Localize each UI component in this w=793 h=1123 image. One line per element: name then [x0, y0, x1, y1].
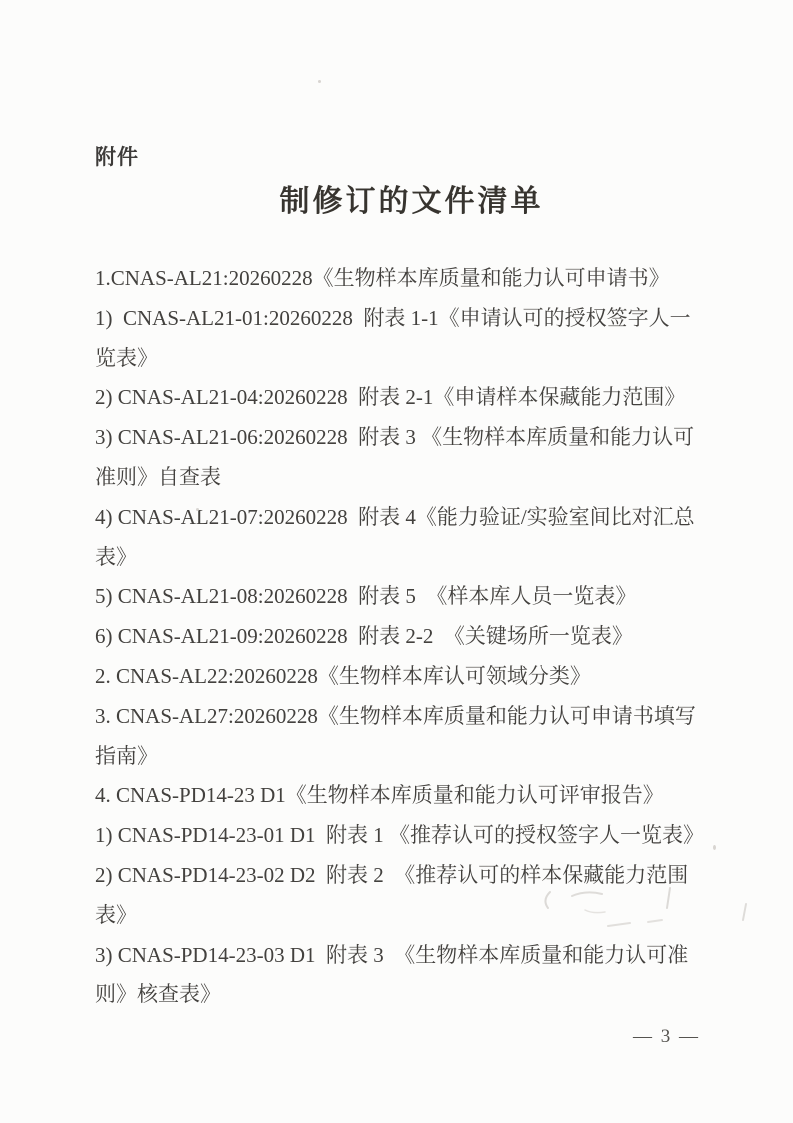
document-list-line: 1) CNAS-PD14-23-01 D1 附表 1 《推荐认可的授权签字人一览…	[95, 816, 720, 856]
scan-speck	[196, 508, 199, 511]
document-list-line: 览表》	[95, 339, 720, 379]
document-list-line: 6) CNAS-AL21-09:20260228 附表 2-2 《关键场所一览表…	[95, 617, 720, 657]
scanned-document-page: 附件 制修订的文件清单 1.CNAS-AL21:20260228《生物样本库质量…	[0, 0, 793, 1123]
scan-speck	[318, 80, 321, 83]
scan-speck	[713, 845, 716, 850]
page-title: 制修订的文件清单	[0, 176, 793, 220]
document-list-line: 4) CNAS-AL21-07:20260228 附表 4《能力验证/实验室间比…	[95, 498, 720, 538]
document-list-line: 2) CNAS-AL21-04:20260228 附表 2-1《申请样本保藏能力…	[95, 378, 720, 418]
document-list-line: 5) CNAS-AL21-08:20260228 附表 5 《样本库人员一览表》	[95, 577, 720, 617]
document-list-line: 表》	[95, 538, 720, 578]
document-list-line: 3) CNAS-AL21-06:20260228 附表 3 《生物样本库质量和能…	[95, 418, 720, 458]
document-list-line: 1.CNAS-AL21:20260228《生物样本库质量和能力认可申请书》	[95, 259, 720, 299]
attachment-label: 附件	[95, 141, 139, 171]
document-list-line: 3. CNAS-AL27:20260228《生物样本库质量和能力认可申请书填写	[95, 697, 720, 737]
document-list: 1.CNAS-AL21:20260228《生物样本库质量和能力认可申请书》 1)…	[95, 259, 720, 1015]
document-list-line: 2. CNAS-AL22:20260228《生物样本库认可领域分类》	[95, 657, 720, 697]
document-list-line: 2) CNAS-PD14-23-02 D2 附表 2 《推荐认可的样本保藏能力范…	[95, 856, 720, 896]
document-list-line: 则》核查表》	[95, 975, 720, 1015]
document-list-line: 指南》	[95, 737, 720, 777]
document-list-line: 1) CNAS-AL21-01:20260228 附表 1-1《申请认可的授权签…	[95, 299, 720, 339]
document-list-line: 3) CNAS-PD14-23-03 D1 附表 3 《生物样本库质量和能力认可…	[95, 936, 720, 976]
document-list-line: 表》	[95, 896, 720, 936]
document-list-line: 4. CNAS-PD14-23 D1《生物样本库质量和能力认可评审报告》	[95, 776, 720, 816]
document-list-line: 准则》自查表	[95, 458, 720, 498]
page-number: — 3 —	[633, 1026, 700, 1048]
